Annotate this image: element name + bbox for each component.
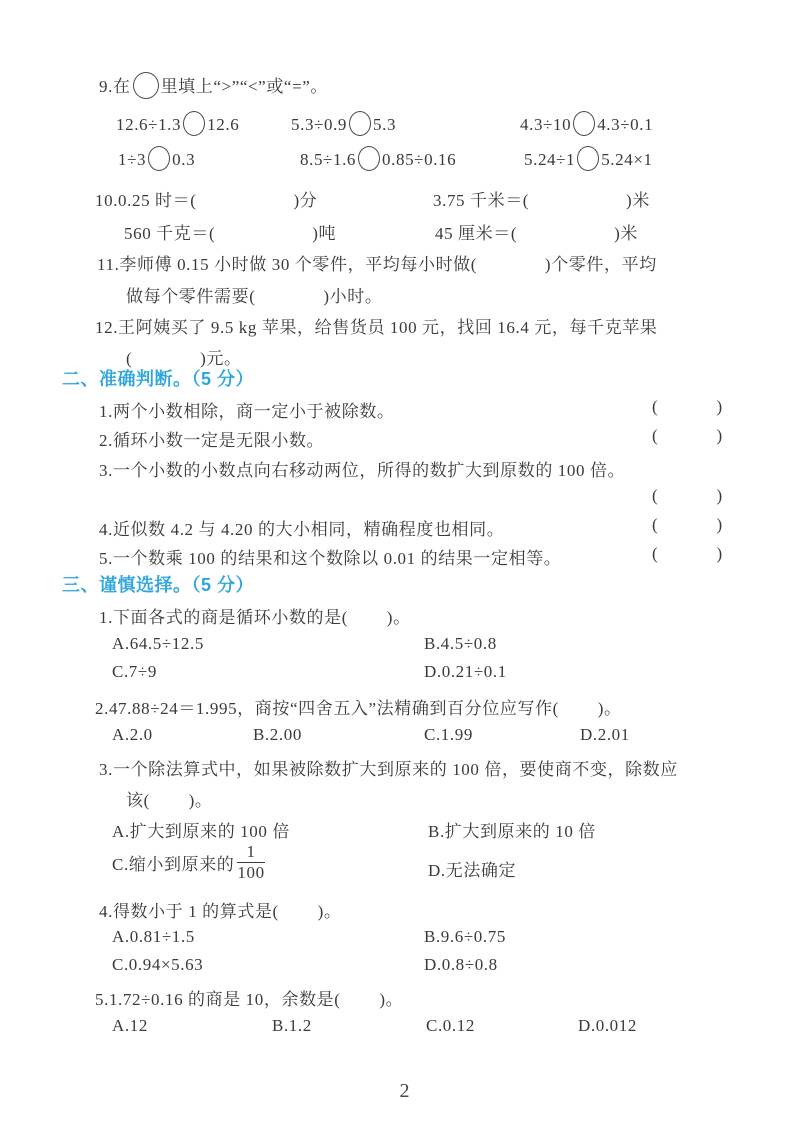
unit-conversion: 560 千克＝( )吨 [124, 219, 336, 244]
answer-parens: ( ) [652, 515, 723, 535]
comparison-item: 5.24÷15.24×1 [524, 146, 653, 171]
choice-3-option-c: C.缩小到原来的1100 [112, 843, 265, 882]
choice-3-option-a: A.扩大到原来的 100 倍 [112, 817, 290, 842]
section-3-header: 三、谨慎选择。（5 分） [62, 571, 254, 597]
question-9-prefix: 9.在 [99, 77, 131, 96]
choice-1-option-c: C.7÷9 [112, 662, 157, 682]
choice-2-option-c: C.1.99 [424, 725, 473, 745]
choice-1-stem: 1.下面各式的商是循环小数的是( )。 [99, 603, 411, 628]
choice-3-option-b: B.扩大到原来的 10 倍 [428, 817, 596, 842]
unit-conversion: 10.0.25 时＝( )分 [95, 186, 317, 211]
answer-circle-icon [349, 111, 371, 136]
judgment-item-3: 3.一个小数的小数点向右移动两位，所得的数扩大到原数的 100 倍。 [99, 456, 625, 481]
choice-4-option-b: B.9.6÷0.75 [424, 927, 506, 947]
comparison-item: 5.3÷0.95.3 [291, 111, 396, 136]
question-11-line1: 11.李师傅 0.15 小时做 30 个零件，平均每小时做( )个零件，平均 [97, 250, 657, 275]
unit-conversion: 3.75 千米＝( )米 [433, 186, 650, 211]
question-11-line2: 做每个零件需要( )小时。 [126, 282, 382, 307]
expression-right: 4.3÷0.1 [597, 115, 653, 134]
choice-1-option-a: A.64.5÷12.5 [112, 634, 204, 654]
answer-circle-icon [577, 146, 599, 171]
expression-left: 12.6÷1.3 [116, 115, 181, 134]
answer-circle-icon [148, 146, 170, 171]
expression-right: 12.6 [207, 115, 239, 134]
judgment-item-2: 2.循环小数一定是无限小数。 [99, 426, 324, 451]
expression-right: 5.3 [373, 115, 396, 134]
choice-5-option-c: C.0.12 [426, 1016, 475, 1036]
answer-parens: ( ) [652, 486, 723, 506]
choice-3-stem-line2: 该( )。 [126, 786, 213, 811]
worksheet-page: 9.在里填上“>”“<”或“=”。 12.6÷1.312.6 5.3÷0.95.… [0, 0, 809, 1122]
choice-5-stem: 5.1.72÷0.16 的商是 10，余数是( )。 [95, 985, 403, 1010]
answer-parens: ( ) [652, 397, 723, 417]
comparison-item: 8.5÷1.60.85÷0.16 [300, 146, 456, 171]
answer-circle-icon [358, 146, 380, 171]
comparison-item: 12.6÷1.312.6 [116, 111, 239, 136]
expression-right: 0.3 [172, 150, 195, 169]
answer-parens: ( ) [652, 544, 723, 564]
expression-left: 5.3÷0.9 [291, 115, 347, 134]
answer-circle-icon [133, 72, 159, 99]
expression-left: 4.3÷10 [520, 115, 571, 134]
section-2-header: 二、准确判断。（5 分） [62, 365, 254, 391]
choice-2-option-d: D.2.01 [580, 725, 630, 745]
expression-left: 1÷3 [118, 150, 146, 169]
question-9-suffix: 里填上“>”“<”或“=”。 [161, 77, 328, 96]
choice-4-option-c: C.0.94×5.63 [112, 955, 203, 975]
expression-right: 0.85÷0.16 [382, 150, 456, 169]
judgment-item-1: 1.两个小数相除，商一定小于被除数。 [99, 397, 395, 422]
choice-3-stem-line1: 3.一个除法算式中，如果被除数扩大到原来的 100 倍，要使商不变，除数应 [99, 755, 678, 780]
question-12-line1: 12.王阿姨买了 9.5 kg 苹果，给售货员 100 元，找回 16.4 元，… [95, 313, 658, 338]
answer-circle-icon [573, 111, 595, 136]
expression-left: 5.24÷1 [524, 150, 575, 169]
expression-right: 5.24×1 [601, 150, 652, 169]
choice-2-option-a: A.2.0 [112, 725, 153, 745]
choice-4-stem: 4.得数小于 1 的算式是( )。 [99, 897, 341, 922]
answer-parens: ( ) [652, 426, 723, 446]
choice-2-option-b: B.2.00 [253, 725, 302, 745]
judgment-item-4: 4.近似数 4.2 与 4.20 的大小相同，精确程度也相同。 [99, 515, 504, 540]
answer-circle-icon [183, 111, 205, 136]
choice-5-option-b: B.1.2 [272, 1016, 312, 1036]
choice-2-stem: 2.47.88÷24＝1.995，商按“四舍五入”法精确到百分位应写作( )。 [95, 694, 622, 719]
fraction-numerator: 1 [237, 843, 264, 863]
question-9-title: 9.在里填上“>”“<”或“=”。 [99, 72, 328, 99]
page-number: 2 [0, 1080, 809, 1103]
choice-5-option-a: A.12 [112, 1016, 148, 1036]
fraction-denominator: 100 [237, 863, 264, 882]
choice-3-option-d: D.无法确定 [428, 856, 516, 881]
comparison-item: 1÷30.3 [118, 146, 195, 171]
choice-5-option-d: D.0.012 [578, 1016, 637, 1036]
comparison-item: 4.3÷104.3÷0.1 [520, 111, 653, 136]
choice-1-option-b: B.4.5÷0.8 [424, 634, 497, 654]
choice-4-option-a: A.0.81÷1.5 [112, 927, 195, 947]
fraction: 1100 [237, 843, 264, 882]
judgment-item-5: 5.一个数乘 100 的结果和这个数除以 0.01 的结果一定相等。 [99, 544, 561, 569]
choice-1-option-d: D.0.21÷0.1 [424, 662, 507, 682]
expression-left: 8.5÷1.6 [300, 150, 356, 169]
option-c-text: C.缩小到原来的 [112, 850, 234, 875]
unit-conversion: 45 厘米＝( )米 [435, 219, 638, 244]
choice-4-option-d: D.0.8÷0.8 [424, 955, 498, 975]
